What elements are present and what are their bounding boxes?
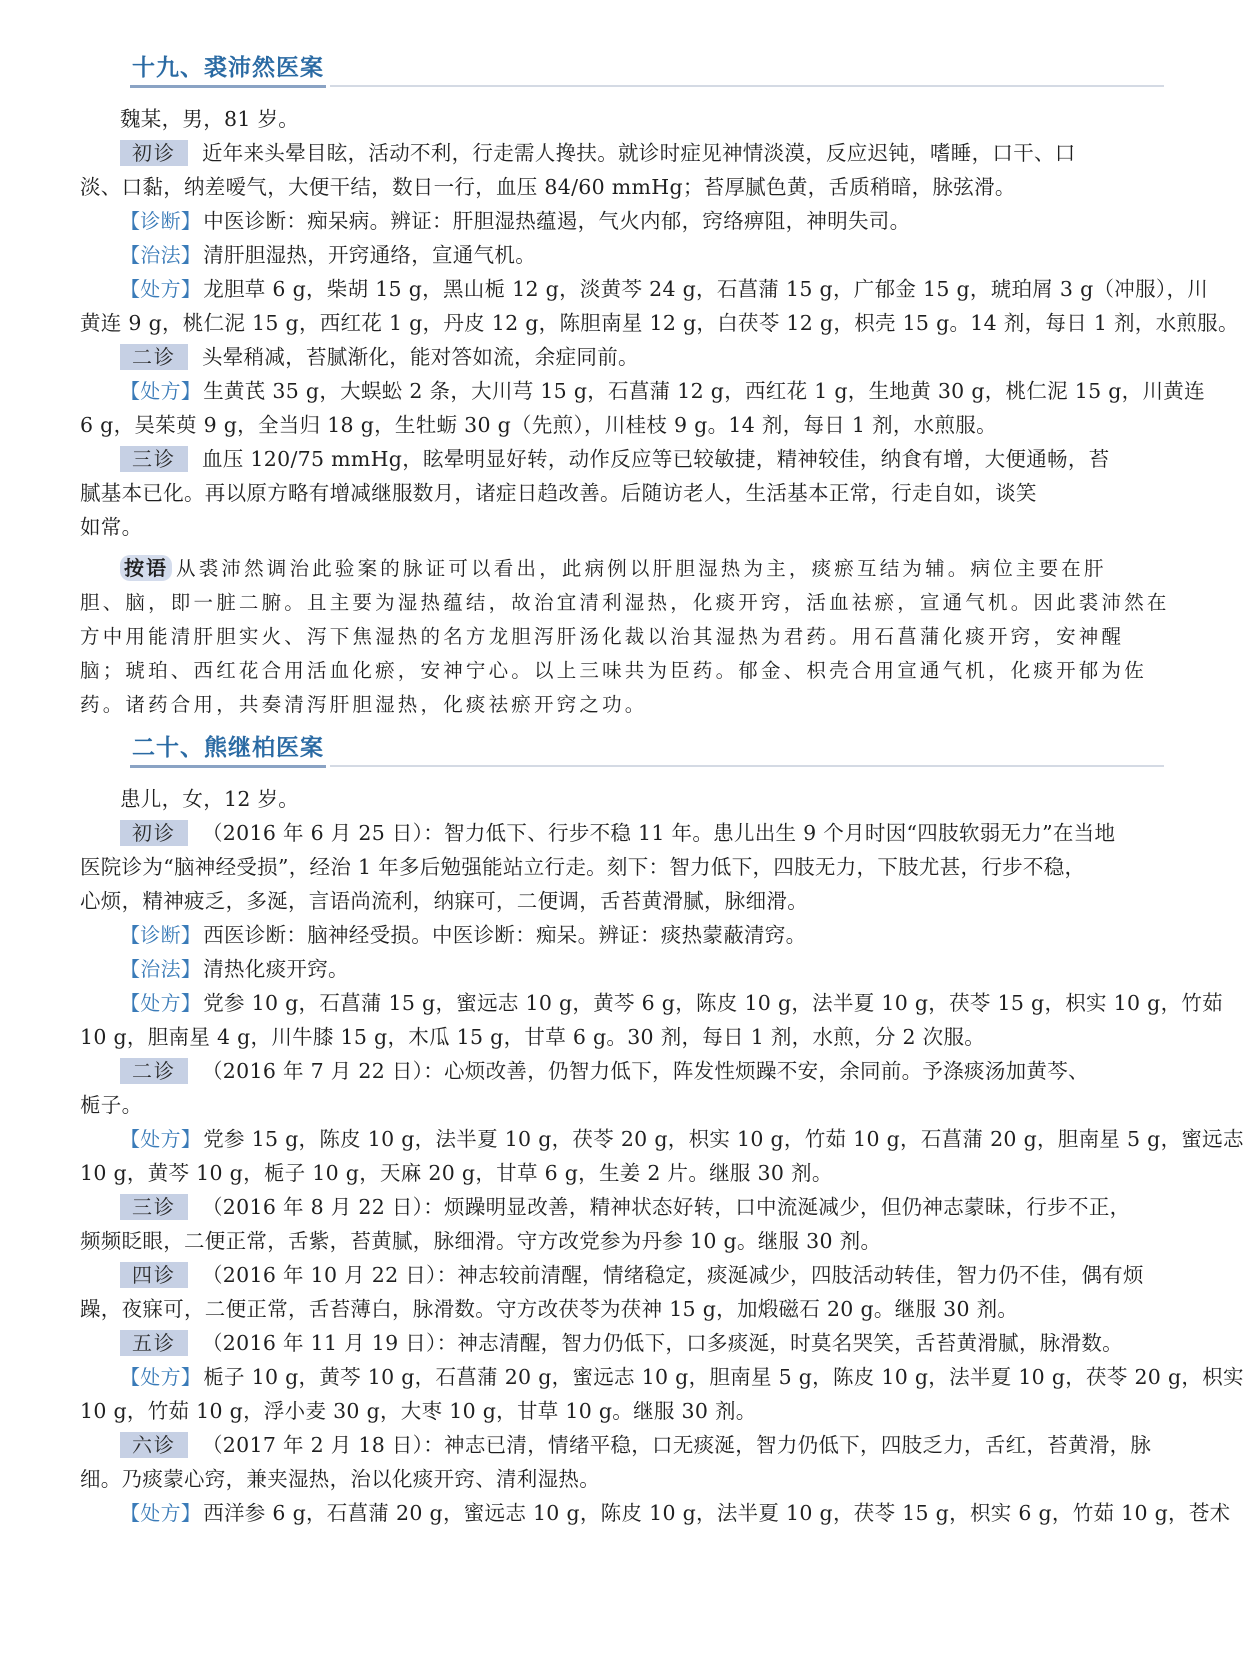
treatment-label: 【治法】: [120, 957, 201, 981]
text-line: （2016 年 11 月 19 日）：神志清醒，智力仍低下，口多痰涎，时莫名哭笑…: [202, 1331, 1123, 1355]
visit-label: 二诊: [120, 1058, 188, 1084]
commentary: 按语从裘沛然调治此验案的脉证可以看出，此病例以肝胆湿热为主，痰瘀互结为辅。病位主…: [80, 552, 1164, 586]
section-title: 二十、熊继柏医案: [130, 729, 326, 768]
text-line: 近年来头晕目眩，活动不利，行走需人搀扶。就诊时症见神情淡漠，反应迟钝，嗜睡，口干…: [202, 141, 1076, 165]
text-line: 党参 10 g，石菖蒲 15 g，蜜远志 10 g，黄芩 6 g，陈皮 10 g…: [203, 991, 1223, 1015]
prescription: 【处方】党参 15 g，陈皮 10 g，法半夏 10 g，茯苓 20 g，枳实 …: [80, 1122, 1164, 1156]
text-line: 6 g，吴茱萸 9 g，全当归 18 g，生牡蛎 30 g（先煎），川桂枝 9 …: [80, 408, 1164, 442]
visit-label: 初诊: [120, 820, 188, 846]
commentary-label: 按语: [120, 555, 172, 581]
text-line: 方中用能清肝胆实火、泻下焦湿热的名方龙胆泻肝汤化裁以治其湿热为君药。用石菖蒲化痰…: [80, 620, 1164, 654]
treatment-text: 清肝胆湿热，开窍通络，宣通气机。: [203, 243, 536, 267]
text-line: 西洋参 6 g，石菖蒲 20 g，蜜远志 10 g，陈皮 10 g，法半夏 10…: [203, 1501, 1230, 1525]
document-page: 十九、裘沛然医案 魏某，男，81 岁。 初诊近年来头晕目眩，活动不利，行走需人搀…: [80, 48, 1164, 1530]
diagnosis-text: 西医诊断：脑神经受损。中医诊断：痴呆。辨证：痰热蒙蔽清窍。: [203, 923, 806, 947]
text-line: 胆、脑，即一脏二腑。且主要为湿热蕴结，故治宜清利湿热，化痰开窍，活血祛瘀，宣通气…: [80, 586, 1164, 620]
text-line: 脑；琥珀、西红花合用活血化瘀，安神宁心。以上三味共为臣药。郁金、枳壳合用宣通气机…: [80, 654, 1164, 688]
treatment-label: 【治法】: [120, 243, 201, 267]
visit-first: 初诊近年来头晕目眩，活动不利，行走需人搀扶。就诊时症见神情淡漠，反应迟钝，嗜睡，…: [80, 136, 1164, 170]
text-line: 血压 120/75 mmHg，眩晕明显好转，动作反应等已较敏捷，精神较佳，纳食有…: [202, 447, 1109, 471]
prescription: 【处方】龙胆草 6 g，柴胡 15 g，黑山栀 12 g，淡黄芩 24 g，石菖…: [80, 272, 1164, 306]
divider: [330, 765, 1164, 767]
text-line: 如常。: [80, 510, 1164, 544]
visit-fourth: 四诊（2016 年 10 月 22 日）：神志较前清醒，情绪稳定，痰涎减少，四肢…: [80, 1258, 1164, 1292]
prescription: 【处方】生黄芪 35 g，大蜈蚣 2 条，大川芎 15 g，石菖蒲 12 g，西…: [80, 374, 1164, 408]
text-line: 躁，夜寐可，二便正常，舌苔薄白，脉滑数。守方改茯苓为茯神 15 g，加煅磁石 2…: [80, 1292, 1164, 1326]
diagnosis: 【诊断】西医诊断：脑神经受损。中医诊断：痴呆。辨证：痰热蒙蔽清窍。: [80, 918, 1164, 952]
prescription-label: 【处方】: [120, 1127, 201, 1151]
treatment-text: 清热化痰开窍。: [203, 957, 349, 981]
visit-sixth: 六诊（2017 年 2 月 18 日）：神志已清，情绪平稳，口无痰涎，智力仍低下…: [80, 1428, 1164, 1462]
visit-label: 三诊: [120, 446, 188, 472]
visit-first: 初诊（2016 年 6 月 25 日）：智力低下、行步不稳 11 年。患儿出生 …: [80, 816, 1164, 850]
diagnosis-label: 【诊断】: [120, 209, 201, 233]
text-line: （2017 年 2 月 18 日）：神志已清，情绪平稳，口无痰涎，智力仍低下，四…: [202, 1433, 1151, 1457]
visit-label: 五诊: [120, 1330, 188, 1356]
text-line: 10 g，黄芩 10 g，栀子 10 g，天麻 20 g，甘草 6 g，生姜 2…: [80, 1156, 1164, 1190]
text-line: 从裘沛然调治此验案的脉证可以看出，此病例以肝胆湿热为主，痰瘀互结为辅。病位主要在…: [176, 557, 1107, 580]
text-line: 细。乃痰蒙心窍，兼夹湿热，治以化痰开窍、清利湿热。: [80, 1462, 1164, 1496]
divider: [330, 85, 1164, 87]
text-line: 心烦，精神疲乏，多涎，言语尚流利，纳寐可，二便调，舌苔黄滑腻，脉细滑。: [80, 884, 1164, 918]
patient-info: 魏某，男，81 岁。: [80, 102, 1164, 136]
prescription-label: 【处方】: [120, 277, 201, 301]
visit-third: 三诊（2016 年 8 月 22 日）：烦躁明显改善，精神状态好转，口中流涎减少…: [80, 1190, 1164, 1224]
visit-second: 二诊（2016 年 7 月 22 日）：心烦改善，仍智力低下，阵发性烦躁不安，余…: [80, 1054, 1164, 1088]
prescription: 【处方】栀子 10 g，黄芩 10 g，石菖蒲 20 g，蜜远志 10 g，胆南…: [80, 1360, 1164, 1394]
text-line: 栀子 10 g，黄芩 10 g，石菖蒲 20 g，蜜远志 10 g，胆南星 5 …: [203, 1365, 1244, 1389]
visit-third: 三诊血压 120/75 mmHg，眩晕明显好转，动作反应等已较敏捷，精神较佳，纳…: [80, 442, 1164, 476]
section-header: 十九、裘沛然医案: [130, 48, 1164, 88]
text-line: 淡、口黏，纳差嗳气，大便干结，数日一行，血压 84/60 mmHg；苔厚腻色黄，…: [80, 170, 1164, 204]
prescription: 【处方】西洋参 6 g，石菖蒲 20 g，蜜远志 10 g，陈皮 10 g，法半…: [80, 1496, 1164, 1530]
visit-label: 六诊: [120, 1432, 188, 1458]
section-header: 二十、熊继柏医案: [130, 728, 1164, 768]
visit-label: 四诊: [120, 1262, 188, 1288]
text-line: 栀子。: [80, 1088, 1164, 1122]
text-line: （2016 年 10 月 22 日）：神志较前清醒，情绪稳定，痰涎减少，四肢活动…: [202, 1263, 1144, 1287]
text-line: （2016 年 7 月 22 日）：心烦改善，仍智力低下，阵发性烦躁不安，余同前…: [202, 1059, 1089, 1083]
text-line: 腻基本已化。再以原方略有增减继服数月，诸症日趋改善。后随访老人，生活基本正常，行…: [80, 476, 1164, 510]
treatment: 【治法】清肝胆湿热，开窍通络，宣通气机。: [80, 238, 1164, 272]
prescription-label: 【处方】: [120, 991, 201, 1015]
text-line: 频频眨眼，二便正常，舌紫，苔黄腻，脉细滑。守方改党参为丹参 10 g。继服 30…: [80, 1224, 1164, 1258]
prescription-label: 【处方】: [120, 1501, 201, 1525]
text-line: 龙胆草 6 g，柴胡 15 g，黑山栀 12 g，淡黄芩 24 g，石菖蒲 15…: [203, 277, 1208, 301]
text-line: 药。诸药合用，共奏清泻肝胆湿热，化痰祛瘀开窍之功。: [80, 688, 1164, 722]
prescription: 【处方】党参 10 g，石菖蒲 15 g，蜜远志 10 g，黄芩 6 g，陈皮 …: [80, 986, 1164, 1020]
visit-label: 初诊: [120, 140, 188, 166]
text-line: （2016 年 8 月 22 日）：烦躁明显改善，精神状态好转，口中流涎减少，但…: [202, 1195, 1130, 1219]
treatment: 【治法】清热化痰开窍。: [80, 952, 1164, 986]
patient-info: 患儿，女，12 岁。: [80, 782, 1164, 816]
text-line: 头晕稍减，苔腻渐化，能对答如流，余症同前。: [202, 345, 639, 369]
visit-second: 二诊头晕稍减，苔腻渐化，能对答如流，余症同前。: [80, 340, 1164, 374]
text-line: 10 g，胆南星 4 g，川牛膝 15 g，木瓜 15 g，甘草 6 g。30 …: [80, 1020, 1164, 1054]
prescription-label: 【处方】: [120, 379, 201, 403]
prescription-label: 【处方】: [120, 1365, 201, 1389]
text-line: 医院诊为“脑神经受损”，经治 1 年多后勉强能站立行走。刻下：智力低下，四肢无力…: [80, 850, 1164, 884]
text-line: 黄连 9 g，桃仁泥 15 g，西红花 1 g，丹皮 12 g，陈胆南星 12 …: [80, 306, 1164, 340]
visit-fifth: 五诊（2016 年 11 月 19 日）：神志清醒，智力仍低下，口多痰涎，时莫名…: [80, 1326, 1164, 1360]
diagnosis-label: 【诊断】: [120, 923, 201, 947]
visit-label: 二诊: [120, 344, 188, 370]
section-title: 十九、裘沛然医案: [130, 49, 326, 88]
text-line: 生黄芪 35 g，大蜈蚣 2 条，大川芎 15 g，石菖蒲 12 g，西红花 1…: [203, 379, 1205, 403]
text-line: 10 g，竹茹 10 g，浮小麦 30 g，大枣 10 g，甘草 10 g。继服…: [80, 1394, 1164, 1428]
diagnosis: 【诊断】中医诊断：痴呆病。辨证：肝胆湿热蕴遏，气火内郁，窍络痹阻，神明失司。: [80, 204, 1164, 238]
diagnosis-text: 中医诊断：痴呆病。辨证：肝胆湿热蕴遏，气火内郁，窍络痹阻，神明失司。: [203, 209, 910, 233]
text-line: （2016 年 6 月 25 日）：智力低下、行步不稳 11 年。患儿出生 9 …: [202, 821, 1115, 845]
text-line: 党参 15 g，陈皮 10 g，法半夏 10 g，茯苓 20 g，枳实 10 g…: [203, 1127, 1244, 1151]
visit-label: 三诊: [120, 1194, 188, 1220]
